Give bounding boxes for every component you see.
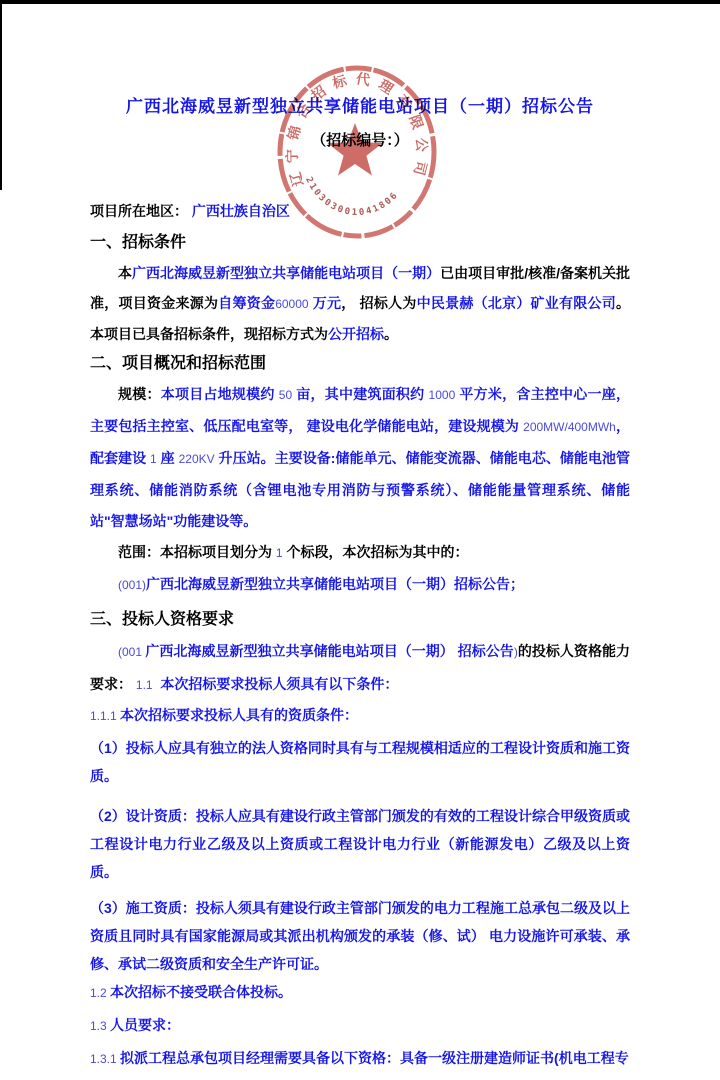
text-run: 亩，其中建筑面积约	[292, 386, 428, 402]
project-location-line: 项目所在地区： 广西壮族自治区	[90, 200, 630, 222]
text-run: 项目所在地区：	[90, 203, 188, 219]
text-run: 。	[384, 326, 398, 342]
text-run: 广西北海威昱新型独立共享储能电站项目（一期）	[132, 265, 440, 281]
text-run: 广西北海威昱新型独立共享储能电站项目（一期） 招标公告	[145, 643, 513, 659]
qualification-item-1: （1）投标人应具有独立的法人资格同时具有与工程规模相适应的工程设计资质和施工资质…	[90, 734, 630, 790]
text-run: （2）设计资质：投标人应具有建设行政主管部门颁发的有效的工程设计综合甲级资质或工…	[90, 808, 630, 880]
qualification-item-3: （3）施工资质：投标人须具有建设行政主管部门颁发的电力工程施工总承包二级及以上资…	[90, 894, 630, 978]
document-page: 广西北海威昱新型独立共享储能电站项目（一期）招标公告 （招标编号：） 项目所在地…	[90, 96, 630, 1077]
qualification-item-1-3-1: 1.3.1 拟派工程总承包项目经理需要具备以下资格：具备一级注册建造师证书(机电…	[90, 1044, 630, 1073]
text-run: （1）投标人应具有独立的法人资格同时具有与工程规模相适应的工程设计资质和施工资质…	[90, 740, 630, 784]
tender-number-line: （招标编号：）	[90, 130, 630, 152]
text-run: 本次招标要求投标人须具有以下条件：	[153, 676, 399, 692]
text-run: 范围：	[118, 544, 160, 560]
qualification-item-1-2: 1.2 本次招标不接受联合体投标。	[90, 978, 630, 1007]
text-run: 1.2	[90, 986, 110, 1000]
qualification-item-1-1-1: 1.1.1 本次招标要求投标人具有的资质条件：	[90, 701, 630, 730]
text-run: 拟派工程总承包项目经理需要具备以下资格：具备一级注册建造师证书(机电工程专	[120, 1050, 629, 1066]
page-top-border	[0, 0, 720, 4]
qualification-intro-paragraph: (001 广西北海威昱新型独立共享储能电站项目（一期） 招标公告)的投标人资格能…	[90, 635, 630, 701]
text-run: 60000	[275, 297, 308, 311]
text-run: 本项目占地规模约	[161, 386, 279, 402]
text-run: 人员要求：	[110, 1017, 180, 1033]
text-run: 50	[279, 388, 292, 402]
tender-conditions-paragraph: 本广西北海威昱新型独立共享储能电站项目（一期）已由项目审批/核准/备案机关批准，…	[90, 258, 630, 349]
section-heading-tender-conditions: 一、招标条件	[90, 230, 630, 256]
text-run: 本	[118, 265, 132, 281]
text-run: 200MW/400MWh	[523, 420, 616, 434]
section-heading-bidder-qualification: 三、投标人资格要求	[90, 607, 630, 633]
text-run: 1000	[429, 388, 456, 402]
text-run: 1	[276, 546, 283, 560]
text-run: 220KV	[179, 452, 215, 466]
text-run: 公开招标	[328, 326, 384, 342]
section-heading-project-overview: 二、项目概况和招标范围	[90, 351, 630, 377]
text-run: 个标段，本次招标为其中的：	[283, 544, 469, 560]
project-scale-paragraph: 规模：本项目占地规模约 50 亩，其中建筑面积约 1000 平方米，含主控中心一…	[90, 379, 630, 537]
text-run: 本次招标不接受联合体投标。	[110, 984, 292, 1000]
qualification-item-2: （2）设计资质：投标人应具有建设行政主管部门颁发的有效的工程设计综合甲级资质或工…	[90, 802, 630, 886]
text-run: 广西壮族自治区	[188, 203, 290, 219]
tender-range-paragraph: 范围：本招标项目划分为 1 个标段，本次招标为其中的：	[90, 537, 630, 569]
text-run: 中民景赫（北京）矿业有限公司	[417, 295, 616, 311]
page-title: 广西北海威昱新型独立共享储能电站项目（一期）招标公告	[90, 96, 630, 118]
text-run: 1.1	[136, 678, 153, 692]
qualification-item-1-3: 1.3 人员要求：	[90, 1011, 630, 1040]
text-run: 1.3	[90, 1019, 110, 1033]
text-run: 自筹资金	[218, 295, 275, 311]
text-run: 1.3.1	[90, 1052, 120, 1066]
text-run: 万元	[309, 295, 342, 311]
text-run: 规模：	[118, 386, 161, 402]
page-left-border	[0, 0, 2, 190]
text-run: 本招标项目划分为	[160, 544, 276, 560]
text-run: 广西北海威昱新型独立共享储能电站项目（一期）招标公告；	[146, 576, 524, 592]
text-run: ， 招标人为	[341, 295, 416, 311]
text-run: （3）施工资质：投标人须具有建设行政主管部门颁发的电力工程施工总承包二级及以上资…	[90, 900, 630, 972]
text-run: 1	[150, 452, 157, 466]
lot-001-line: (001)广西北海威昱新型独立共享储能电站项目（一期）招标公告；	[90, 569, 630, 601]
text-run: (001	[118, 645, 145, 659]
text-run: 座	[157, 450, 179, 466]
text-run: 本次招标要求投标人具有的资质条件：	[120, 707, 358, 723]
text-run: (001)	[118, 578, 146, 592]
text-run: 1.1.1	[90, 709, 120, 723]
